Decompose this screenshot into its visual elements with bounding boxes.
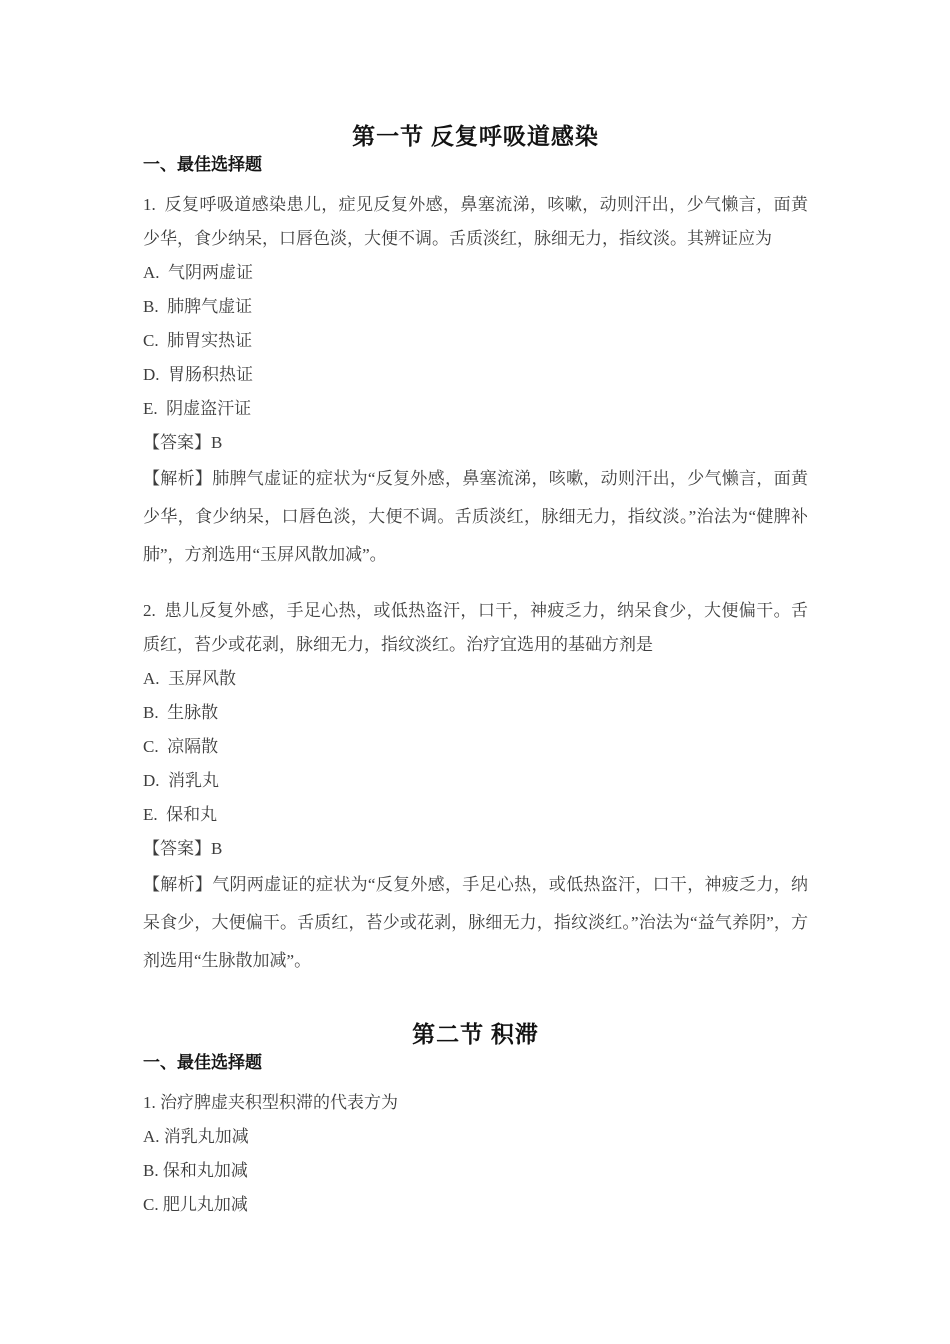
question-stem: 1. 反复呼吸道感染患儿，症见反复外感，鼻塞流涕，咳嗽，动则汗出，少气懒言，面黄… bbox=[143, 188, 808, 256]
section-respiratory-infection: 第一节 反复呼吸道感染 一、最佳选择题 1. 反复呼吸道感染患儿，症见反复外感，… bbox=[143, 122, 808, 980]
analysis-line: 【解析】气阴两虚证的症状为“反复外感，手足心热，或低热盗汗，口干，神疲乏力，纳呆… bbox=[143, 866, 808, 980]
question-type-heading: 一、最佳选择题 bbox=[143, 1050, 808, 1076]
document-content: 第一节 反复呼吸道感染 一、最佳选择题 1. 反复呼吸道感染患儿，症见反复外感，… bbox=[0, 0, 950, 1222]
option-line: D. 胃肠积热证 bbox=[143, 358, 808, 392]
option-line: B. 生脉散 bbox=[143, 696, 808, 730]
option-line: C. 凉隔散 bbox=[143, 730, 808, 764]
question-type-heading: 一、最佳选择题 bbox=[143, 152, 808, 178]
analysis-line: 【解析】肺脾气虚证的症状为“反复外感，鼻塞流涕，咳嗽，动则汗出，少气懒言，面黄少… bbox=[143, 460, 808, 574]
question-stem: 1. 治疗脾虚夹积型积滞的代表方为 bbox=[143, 1086, 808, 1120]
section-title: 第二节 积滞 bbox=[143, 1020, 808, 1050]
section-title: 第一节 反复呼吸道感染 bbox=[143, 122, 808, 152]
option-line: A. 消乳丸加减 bbox=[143, 1120, 808, 1154]
answer-line: 【答案】B bbox=[143, 426, 808, 460]
section-food-stagnation: 第二节 积滞 一、最佳选择题 1. 治疗脾虚夹积型积滞的代表方为 A. 消乳丸加… bbox=[143, 1020, 808, 1222]
option-line: C. 肺胃实热证 bbox=[143, 324, 808, 358]
option-line: E. 保和丸 bbox=[143, 798, 808, 832]
option-line: D. 消乳丸 bbox=[143, 764, 808, 798]
question-block: 2. 患儿反复外感，手足心热，或低热盗汗，口干，神疲乏力，纳呆食少，大便偏干。舌… bbox=[143, 594, 808, 980]
question-block: 1. 治疗脾虚夹积型积滞的代表方为 A. 消乳丸加减 B. 保和丸加减 C. 肥… bbox=[143, 1086, 808, 1222]
option-line: C. 肥儿丸加减 bbox=[143, 1188, 808, 1222]
question-stem: 2. 患儿反复外感，手足心热，或低热盗汗，口干，神疲乏力，纳呆食少，大便偏干。舌… bbox=[143, 594, 808, 662]
answer-line: 【答案】B bbox=[143, 832, 808, 866]
option-line: B. 肺脾气虚证 bbox=[143, 290, 808, 324]
option-line: E. 阴虚盗汗证 bbox=[143, 392, 808, 426]
question-block: 1. 反复呼吸道感染患儿，症见反复外感，鼻塞流涕，咳嗽，动则汗出，少气懒言，面黄… bbox=[143, 188, 808, 574]
option-line: B. 保和丸加减 bbox=[143, 1154, 808, 1188]
option-line: A. 气阴两虚证 bbox=[143, 256, 808, 290]
document-page: 第一节 反复呼吸道感染 一、最佳选择题 1. 反复呼吸道感染患儿，症见反复外感，… bbox=[0, 0, 950, 1222]
option-line: A. 玉屏风散 bbox=[143, 662, 808, 696]
